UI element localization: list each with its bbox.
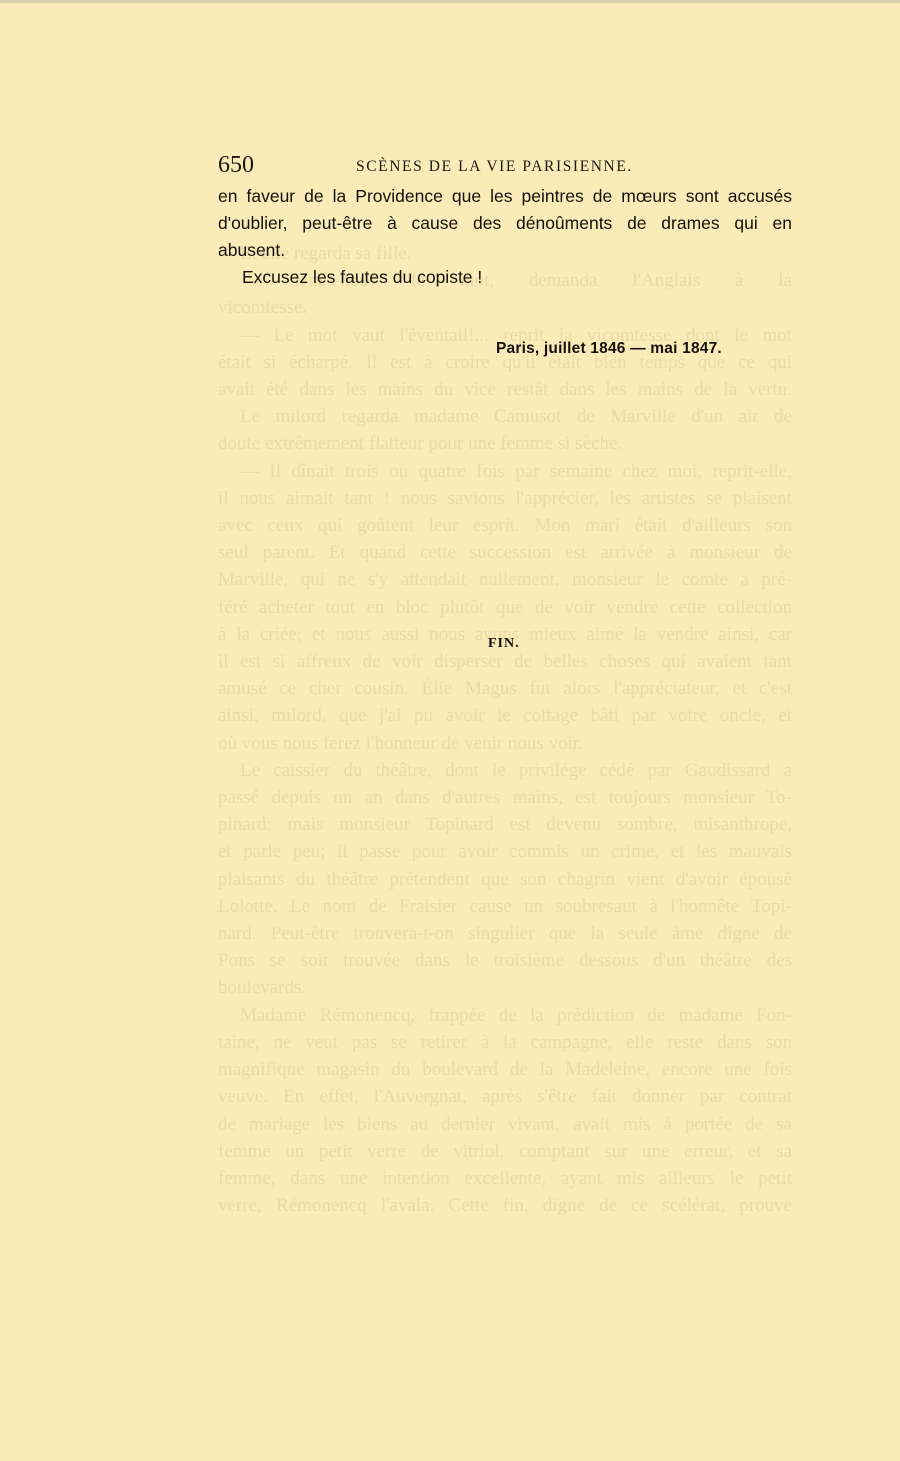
bleed-line: Le caissier du théâtre, dont le privilég… [218,757,792,784]
bleed-line: — Il dînait trois ou quatre fois par sem… [218,458,792,485]
bleed-line: Pons se soit trouvée dans le troisième d… [218,947,792,974]
body-line: en faveur de la Providence que les peint… [218,183,792,210]
bleed-line: il est si affreux de voir disperser de b… [218,648,792,675]
bleed-line: amusé ce cher cousin. Élie Magus fut alo… [218,675,792,702]
page-edge [0,0,900,3]
bleed-line: avec ceux qui goûtent leur esprit. Mon m… [218,512,792,539]
bleed-line: et parle peu; il passe pour avoir commis… [218,838,792,865]
bleed-line: femme, dans une intention excellente, ay… [218,1165,792,1192]
bleed-line: passé depuis un an dans d'autres mains, … [218,784,792,811]
bleed-line: boulevards. [218,974,792,1001]
date-signature: Paris, juillet 1846 — mai 1847. [496,340,736,358]
bleed-line: magnifique magasin du boulevard de la Ma… [218,1056,792,1083]
running-header: 650 SCÈNES DE LA VIE PARISIENNE. [218,152,658,180]
bleed-line: il nous aimait tant ! nous savions l'app… [218,485,792,512]
bleed-line: pinard; mais monsieur Topinard est deven… [218,811,792,838]
running-title: SCÈNES DE LA VIE PARISIENNE. [356,158,633,176]
body-line: abusent. [218,237,792,264]
bleed-line: femme un petit verre de vitriol, comptan… [218,1138,792,1165]
bleed-line: verre, Rémonencq l'avala. Cette fin, dig… [218,1192,792,1219]
bleed-line: Lolotte. Le nom de Fraisier cause un sou… [218,893,792,920]
bleed-line: vicomtesse. [218,294,792,321]
bleed-line: taine, ne veut pas se retirer à la campa… [218,1029,792,1056]
bleed-line: où vous nous ferez l'honneur de venir no… [218,730,792,757]
bleed-through-text: Et elle regarda sa fille.— Dites-nous le… [218,240,792,1219]
bleed-line: de mariage les biens au dernier vivant, … [218,1111,792,1138]
bleed-line: nard. Peut-être trouvera-t-on singulier … [218,920,792,947]
bleed-line: plaisants du théâtre prétendent que son … [218,866,792,893]
body-line: d'oublier, peut-être à cause des dénoûme… [218,210,792,237]
bleed-line: avait été dans les mains du vice restât … [218,376,792,403]
bleed-line: Marville, qui ne s'y attendait nullement… [218,566,792,593]
bleed-line: veuve. En effet, l'Auvergnat, après s'êt… [218,1083,792,1110]
closing-paragraph: Excusez les fautes du copiste ! [218,264,792,291]
bleed-line: féré acheter tout en bloc plutôt que de … [218,594,792,621]
bleed-line: Le milord regarda madame Camusot de Marv… [218,403,792,430]
bleed-line: Madame Rémonencq, frappée de la prédicti… [218,1002,792,1029]
bleed-line: doute extrêmement flatteur pour une femm… [218,430,792,457]
bleed-line: seul parent. Et quand cette succession e… [218,539,792,566]
end-mark: FIN. [488,636,520,652]
page-number: 650 [218,152,254,179]
bleed-line: ainsi, milord, que j'ai pu avoir le cott… [218,702,792,729]
body-text: en faveur de la Providence que les peint… [218,183,792,291]
